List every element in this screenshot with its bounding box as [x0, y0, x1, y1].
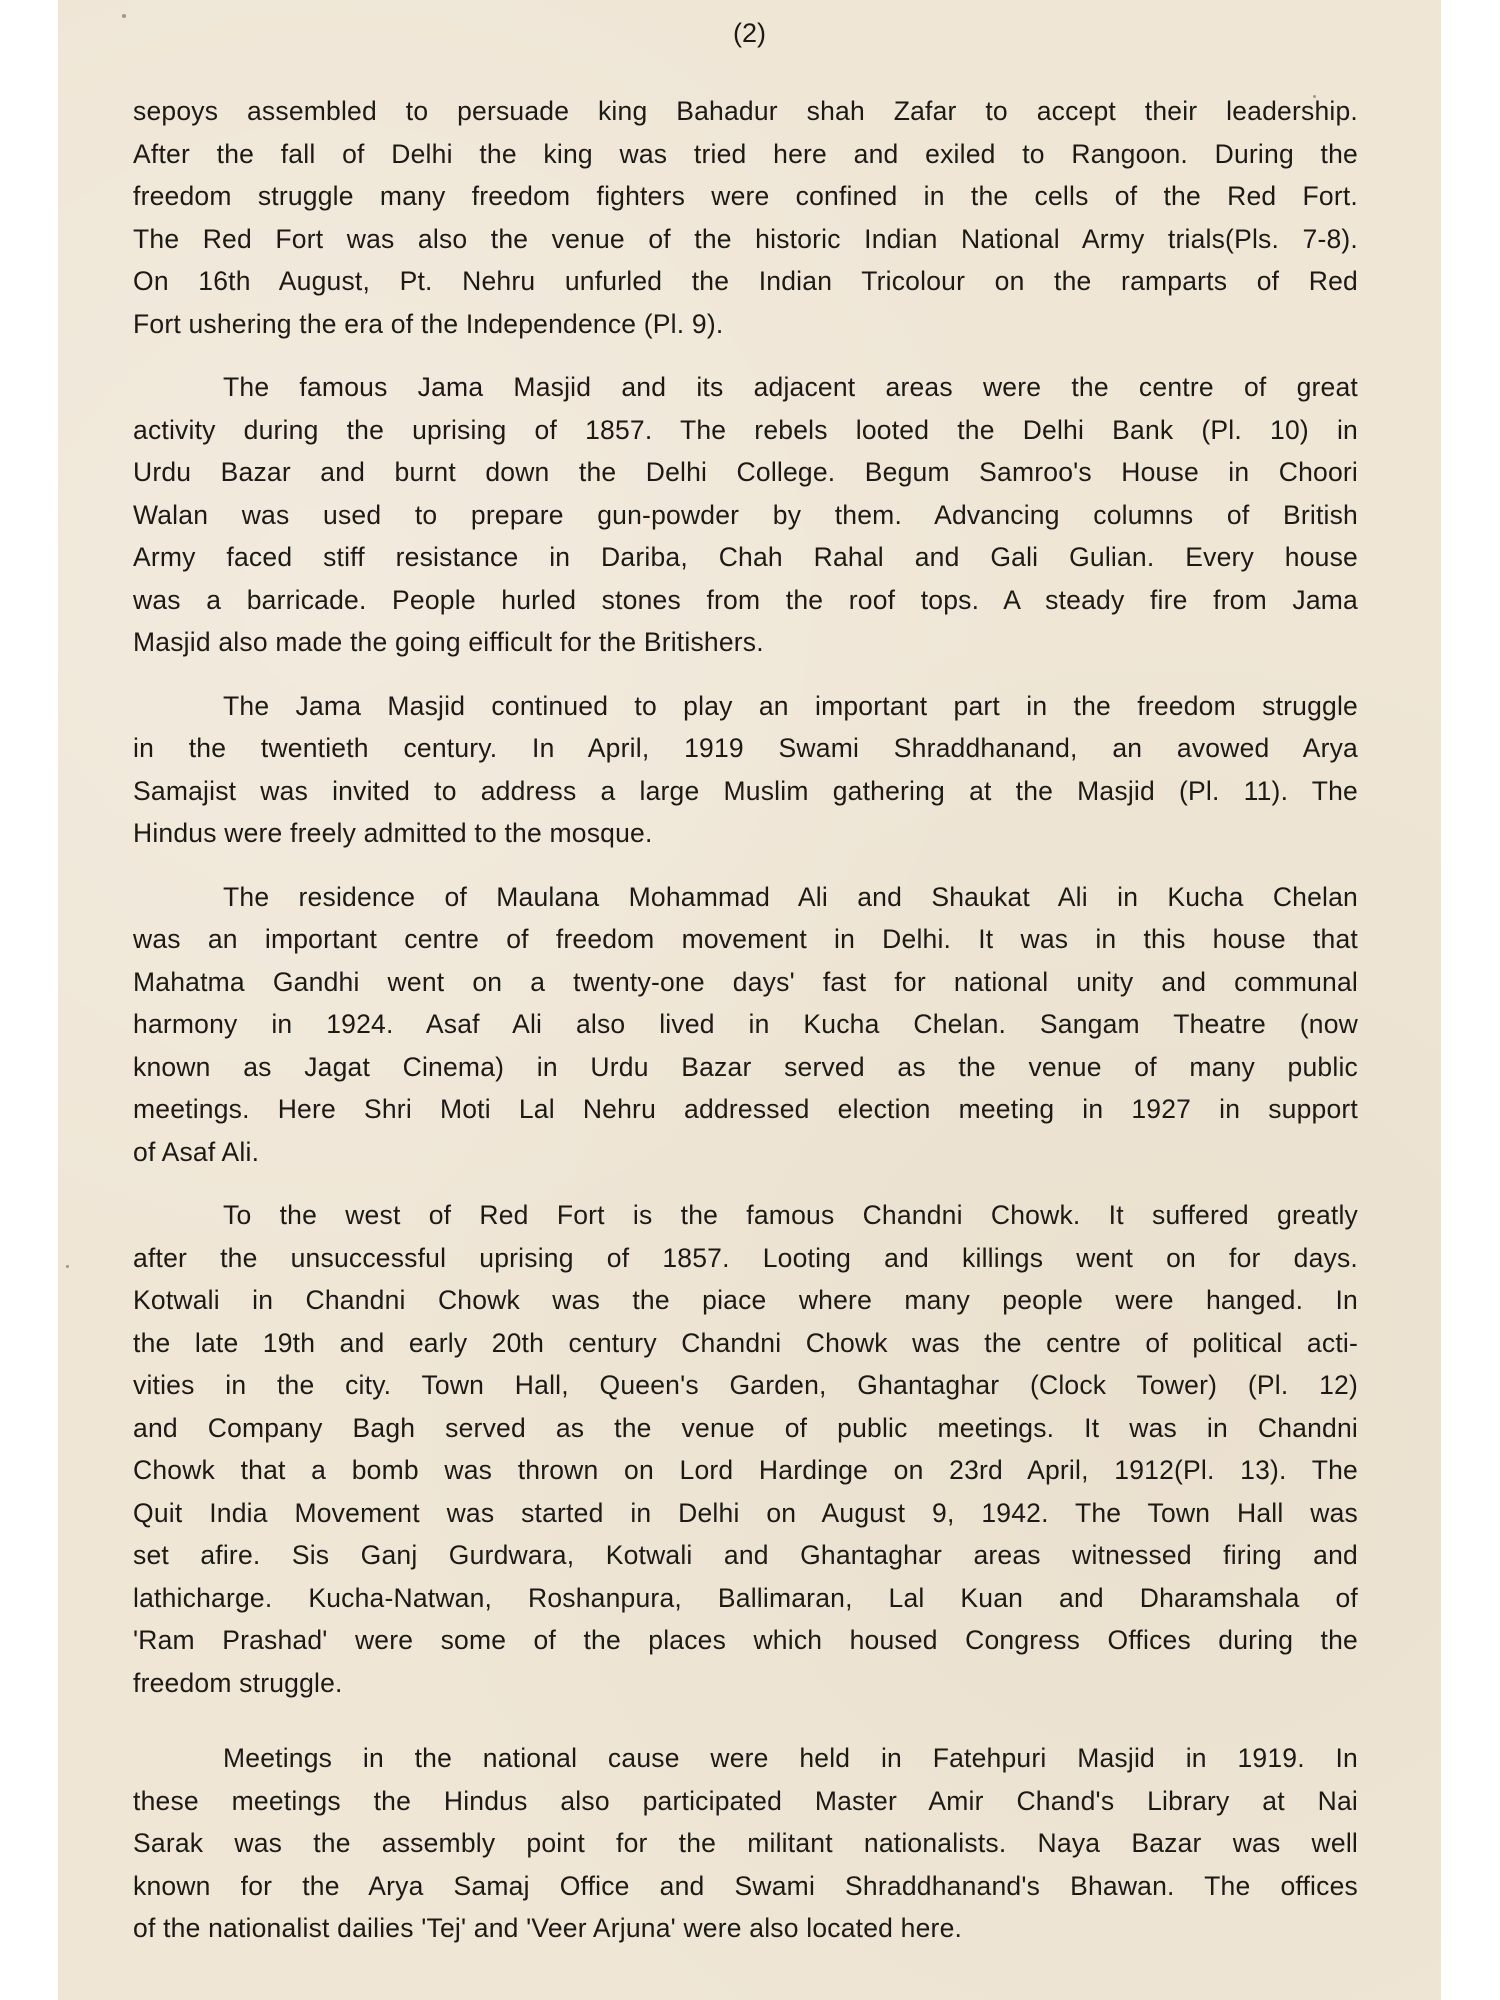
text-line: these meetings the Hindus also participa…: [133, 1780, 1358, 1823]
text-line: To the west of Red Fort is the famous Ch…: [133, 1194, 1358, 1237]
scanned-page: (2) sepoys assembled to persuade king Ba…: [58, 0, 1441, 2000]
paper-speck: [122, 14, 126, 18]
paragraph: The famous Jama Masjid and its adjacent …: [133, 366, 1358, 664]
paragraph: sepoys assembled to persuade king Bahadu…: [133, 90, 1358, 345]
text-line: After the fall of Delhi the king was tri…: [133, 133, 1358, 176]
text-line: The Red Fort was also the venue of the h…: [133, 218, 1358, 261]
text-line: the late 19th and early 20th century Cha…: [133, 1322, 1358, 1365]
paragraph: Meetings in the national cause were held…: [133, 1737, 1358, 1950]
text-line: of the nationalist dailies 'Tej' and 'Ve…: [133, 1907, 1358, 1950]
text-line: in the twentieth century. In April, 1919…: [133, 727, 1358, 770]
text-line: after the unsuccessful uprising of 1857.…: [133, 1237, 1358, 1280]
text-line: meetings. Here Shri Moti Lal Nehru addre…: [133, 1088, 1358, 1131]
paper-speck: [66, 1265, 69, 1268]
text-line: The famous Jama Masjid and its adjacent …: [133, 366, 1358, 409]
text-line: lathicharge. Kucha-Natwan, Roshanpura, B…: [133, 1577, 1358, 1620]
paragraph: The Jama Masjid continued to play an imp…: [133, 685, 1358, 855]
text-line: 'Ram Prashad' were some of the places wh…: [133, 1619, 1358, 1662]
text-line: was a barricade. People hurled stones fr…: [133, 579, 1358, 622]
text-line: known for the Arya Samaj Office and Swam…: [133, 1865, 1358, 1908]
text-line: Kotwali in Chandni Chowk was the piace w…: [133, 1279, 1358, 1322]
paragraph: To the west of Red Fort is the famous Ch…: [133, 1194, 1358, 1704]
text-line: The residence of Maulana Mohammad Ali an…: [133, 876, 1358, 919]
text-line: Chowk that a bomb was thrown on Lord Har…: [133, 1449, 1358, 1492]
text-line: activity during the uprising of 1857. Th…: [133, 409, 1358, 452]
text-line: was an important centre of freedom movem…: [133, 918, 1358, 961]
text-line: freedom struggle.: [133, 1662, 1358, 1705]
text-line: On 16th August, Pt. Nehru unfurled the I…: [133, 260, 1358, 303]
text-line: and Company Bagh served as the venue of …: [133, 1407, 1358, 1450]
text-line: Sarak was the assembly point for the mil…: [133, 1822, 1358, 1865]
text-line: harmony in 1924. Asaf Ali also lived in …: [133, 1003, 1358, 1046]
text-line: known as Jagat Cinema) in Urdu Bazar ser…: [133, 1046, 1358, 1089]
text-line: Army faced stiff resistance in Dariba, C…: [133, 536, 1358, 579]
text-line: Urdu Bazar and burnt down the Delhi Coll…: [133, 451, 1358, 494]
text-line: Hindus were freely admitted to the mosqu…: [133, 812, 1358, 855]
text-line: set afire. Sis Ganj Gurdwara, Kotwali an…: [133, 1534, 1358, 1577]
text-line: sepoys assembled to persuade king Bahadu…: [133, 90, 1358, 133]
body-text: sepoys assembled to persuade king Bahadu…: [133, 90, 1358, 1971]
text-line: vities in the city. Town Hall, Queen's G…: [133, 1364, 1358, 1407]
text-line: of Asaf Ali.: [133, 1131, 1358, 1174]
text-line: Mahatma Gandhi went on a twenty-one days…: [133, 961, 1358, 1004]
text-line: Walan was used to prepare gun-powder by …: [133, 494, 1358, 537]
text-line: Quit India Movement was started in Delhi…: [133, 1492, 1358, 1535]
paragraph: The residence of Maulana Mohammad Ali an…: [133, 876, 1358, 1174]
text-line: Masjid also made the going eifficult for…: [133, 621, 1358, 664]
text-line: Samajist was invited to address a large …: [133, 770, 1358, 813]
text-line: The Jama Masjid continued to play an imp…: [133, 685, 1358, 728]
text-line: Fort ushering the era of the Independenc…: [133, 303, 1358, 346]
page-number: (2): [58, 18, 1441, 49]
text-line: Meetings in the national cause were held…: [133, 1737, 1358, 1780]
text-line: freedom struggle many freedom fighters w…: [133, 175, 1358, 218]
